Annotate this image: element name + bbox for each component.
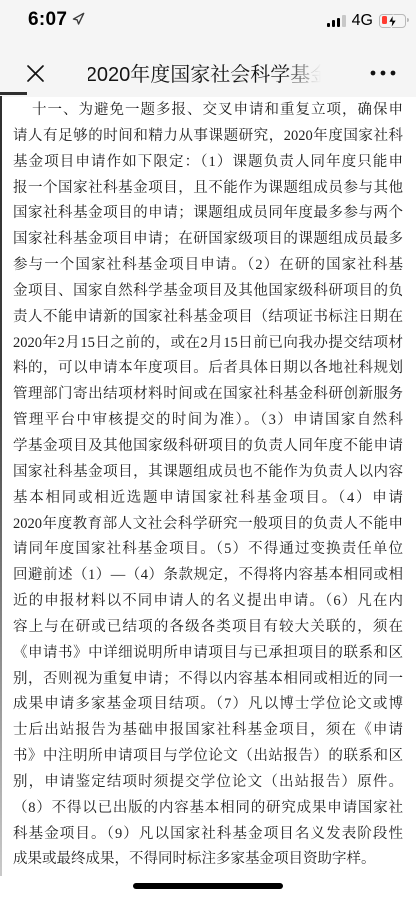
location-arrow-icon xyxy=(72,12,85,30)
status-bar: 6:07 4G xyxy=(0,0,416,48)
status-left: 6:07 xyxy=(28,9,85,31)
document-line: 参与一个国家社科基金项目申请。（2）在研的国家社科基 xyxy=(13,253,403,279)
document-line: 士后出站报告为基础申报国家社科基金项目，须在《申请 xyxy=(13,718,403,744)
document-line: 报一个国家社科基金项目，且不能作为课题组成员参与其他 xyxy=(13,176,403,202)
home-indicator-bar[interactable] xyxy=(133,883,283,889)
document-line: 请同年度国家社科基金项目。（5）不得通过变换责任单位 xyxy=(13,537,403,563)
document-line: 成果申请多家基金项目结项。（7）凡以博士学位论文或博 xyxy=(13,692,403,718)
document-line: 十一、为避免一题多报、交叉申请和重复立项，确保申 xyxy=(13,98,403,124)
close-icon xyxy=(26,64,45,83)
document-line: 学基金项目及其他国家级科研项目的负责人同年度不能申请 xyxy=(13,434,403,460)
battery-charging-icon xyxy=(379,14,406,29)
document-line: 成果或最终成果，不得同时标注多家基金项目资助字样。 xyxy=(13,847,403,873)
nav-bar: 2020年度国家社会科学基金 xyxy=(0,48,416,97)
scanned-page-left-edge xyxy=(0,96,2,876)
document-line: 管理平台中审核提交的时间为准）。（3）申请国家自然科 xyxy=(13,408,403,434)
document-line: 别，申请鉴定结项时须提交学位论文（出站报告）原件。 xyxy=(13,770,403,796)
document-line: 2020年2月15日之前的，或在2月15日前已向我办提交结项材 xyxy=(13,331,403,357)
document-line: 近的申报材料以不同申请人的名义提出申请。（6）凡在内 xyxy=(13,589,403,615)
document-line: 书》中注明所申请项目与学位论文（出站报告）的联系和区 xyxy=(13,744,403,770)
more-menu-button[interactable] xyxy=(368,60,398,86)
document-paragraph: 十一、为避免一题多报、交叉申请和重复立项，确保申请人有足够的时间和精力从事课题研… xyxy=(13,98,403,873)
document-line: 科基金项目。（9）凡以国家社科基金项目名义发表阶段性 xyxy=(13,822,403,848)
ellipsis-icon xyxy=(370,70,396,76)
network-type-label: 4G xyxy=(352,12,373,30)
document-line: 容上与在研或已结项的各级各类项目有较大关联的，须在 xyxy=(13,615,403,641)
document-line: 请人有足够的时间和精力从事课题研究，2020年度国家社科 xyxy=(13,124,403,150)
title-fade-overlay xyxy=(284,48,328,97)
document-line: 《申请书》中详细说明所申请项目与已承担项目的联系和区 xyxy=(13,641,403,667)
document-line: 别，否则视为重复申请；不得以内容基本相同或相近的同一 xyxy=(13,667,403,693)
document-line: 国家社科基金项目申请；在研国家级项目的课题组成员最多 xyxy=(13,227,403,253)
document-line: 回避前述（1）—（4）条款规定，不得将内容基本相同或相 xyxy=(13,563,403,589)
document-line: 2020年度教育部人文社会科学研究一般项目的负责人不能申 xyxy=(13,512,403,538)
document-line: 料的，可以申请本年度项目。后者具体日期以各地社科规划 xyxy=(13,356,403,382)
document-line: 基本相同或相近选题申请国家社科基金项目。（4）申请 xyxy=(13,486,403,512)
document-line: 国家社科基金项目，其课题组成员也不能作为负责人以内容 xyxy=(13,460,403,486)
signal-strength-icon xyxy=(327,15,346,27)
document-line: 基金项目申请作如下限定：（1）课题负责人同年度只能申 xyxy=(13,150,403,176)
scanned-page-top-edge xyxy=(0,92,27,95)
page-title-wrap: 2020年度国家社会科学基金 xyxy=(88,48,328,97)
document-line: 国家社科基金项目的申请；课题组成员同年度最多参与两个 xyxy=(13,201,403,227)
document-line: （8）不得以已出版的内容基本相同的研究成果申请国家社 xyxy=(13,796,403,822)
close-button[interactable] xyxy=(22,60,48,86)
top-system-area: 6:07 4G xyxy=(0,0,416,97)
status-right: 4G xyxy=(327,12,406,30)
document-line: 金项目、国家自然科学基金项目及其他国家级科研项目的负 xyxy=(13,279,403,305)
clock-time: 6:07 xyxy=(28,9,67,31)
document-line: 责人不能申请新的国家社科基金项目（结项证书标注日期在 xyxy=(13,305,403,331)
document-line: 管理部门寄出结项材料时间或在国家社科基金科研创新服务 xyxy=(13,382,403,408)
